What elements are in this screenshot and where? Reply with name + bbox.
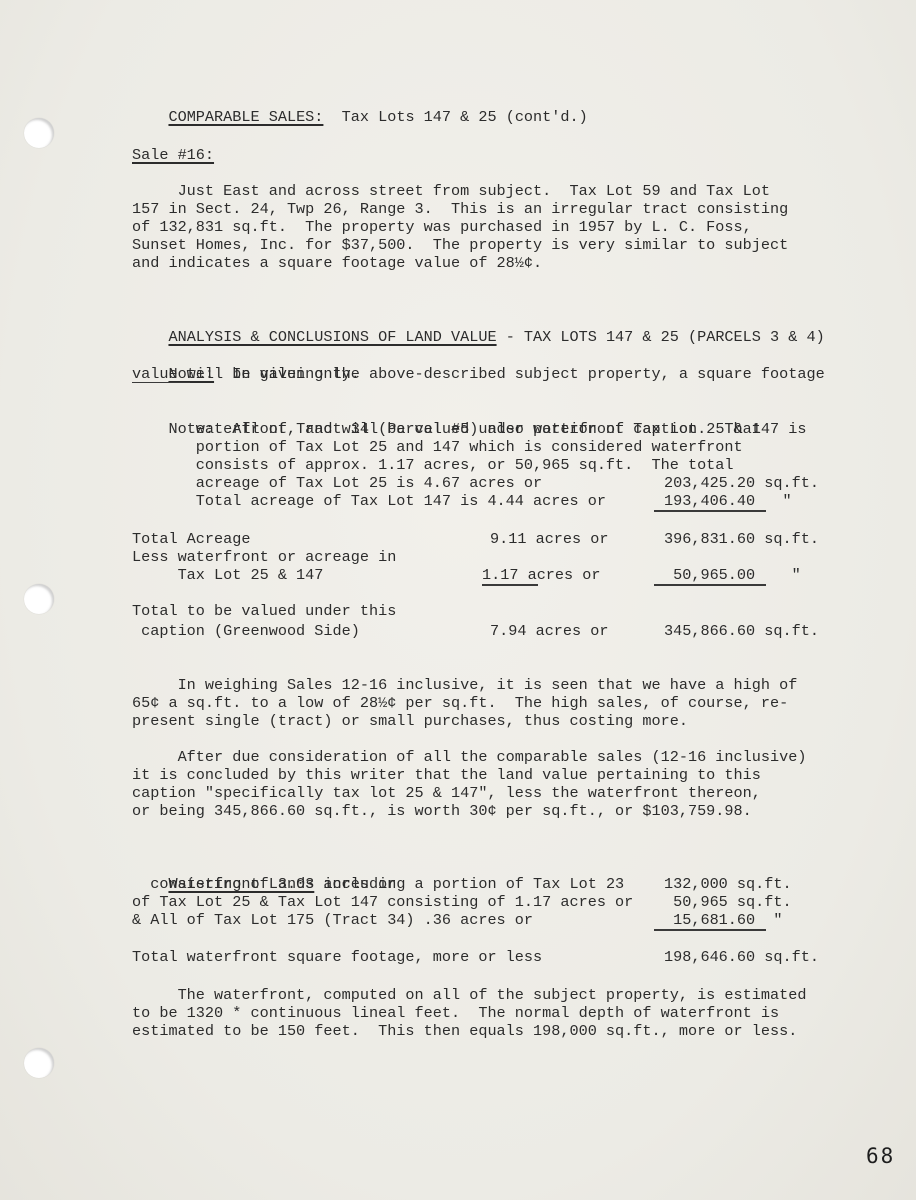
conclusion-line: caption "specifically tax lot 25 & 147",… [132, 784, 761, 802]
waterfront-note-line: The waterfront, computed on all of the s… [132, 986, 806, 1004]
note1-underline [132, 382, 190, 383]
sale16-line: Just East and across street from subject… [132, 182, 770, 200]
waterfront-row-value: 50,965 sq.ft. [664, 893, 792, 911]
acreage-row-label: Less waterfront or acreage in [132, 548, 396, 566]
note2-line: Total acreage of Tax Lot 147 is 4.44 acr… [132, 492, 606, 510]
conclusion-line: or being 345,866.60 sq.ft., is worth 30¢… [132, 802, 752, 820]
acreage-row-acres: 1.17 acres or [482, 566, 601, 584]
acreage-row-sqft: 396,831.60 sq.ft. [664, 530, 819, 548]
weighing-line: present single (tract) or small purchase… [132, 712, 688, 730]
weighing-line: In weighing Sales 12-16 inclusive, it is… [132, 676, 797, 694]
sale16-heading: Sale #16: [132, 146, 214, 164]
weighing-line: 65¢ a sq.ft. to a low of 28½¢ per sq.ft.… [132, 694, 788, 712]
waterfront-note-line: to be 1320 * continuous lineal feet. The… [132, 1004, 779, 1022]
acreage-row-sqft: 345,866.60 sq.ft. [664, 622, 819, 640]
acres-suffix: acres or [526, 622, 608, 640]
acreage-row-label: Total Acreage [132, 530, 250, 548]
acreage-row-label: caption (Greenwood Side) [132, 622, 360, 640]
waterfront-total-value: 198,646.60 sq.ft. [664, 948, 819, 966]
page-number: 68 [866, 1144, 895, 1168]
page-title-underlined: COMPARABLE SALES: [168, 108, 323, 126]
analysis-heading-underlined: ANALYSIS & CONCLUSIONS OF LAND VALUE [168, 328, 496, 346]
note2-line: consists of approx. 1.17 acres, or 50,96… [132, 456, 734, 474]
acres-suffix: acres or [526, 530, 608, 548]
waterfront-total-label: Total waterfront square footage, more or… [132, 948, 542, 966]
waterfront-row-text: of Tax Lot 25 & Tax Lot 147 consisting o… [132, 893, 633, 911]
acres-suffix: acres or [518, 566, 600, 584]
acreage-row-label: Total to be valued under this [132, 602, 396, 620]
sale16-line: Sunset Homes, Inc. for $37,500. The prop… [132, 236, 788, 254]
acres-sum-rule [482, 584, 538, 586]
page-title-rest: Tax Lots 147 & 25 (cont'd.) [323, 108, 587, 126]
waterfront-note-line: estimated to be 150 feet. This then equa… [132, 1022, 797, 1040]
sale16-line: of 132,831 sq.ft. The property was purch… [132, 218, 752, 236]
note2-value: 203,425.20 sq.ft. [664, 474, 819, 492]
acreage-row-acres: 7.94 acres or [490, 622, 609, 640]
acreage-row-label: Tax Lot 25 & 147 [132, 566, 323, 584]
waterfront-row-value: 15,681.60 " [664, 911, 782, 929]
sqft-sum-rule [654, 584, 766, 586]
page-title: COMPARABLE SALES: Tax Lots 147 & 25 (con… [132, 90, 588, 144]
analysis-heading-rest: - TAX LOTS 147 & 25 (PARCELS 3 & 4) [497, 328, 825, 346]
acres-value: 1.17 [482, 566, 518, 584]
note1-line: value will be given only. [132, 365, 360, 383]
acreage-row-sqft: 50,965.00 " [664, 566, 801, 584]
acreage-row-acres: 9.11 acres or [490, 530, 609, 548]
binder-hole-top [24, 118, 54, 148]
waterfront-row-text: & All of Tax Lot 175 (Tract 34) .36 acre… [132, 911, 533, 929]
note2-sum-rule [654, 510, 766, 512]
acres-value: 7.94 [490, 622, 526, 640]
acres-value: 9.11 [490, 530, 526, 548]
waterfront-row-value: 132,000 sq.ft. [664, 875, 792, 893]
document-page: COMPARABLE SALES: Tax Lots 147 & 25 (con… [0, 0, 916, 1200]
note2-line: waterfront, and will be valued under wat… [132, 420, 761, 438]
note2-line: acreage of Tax Lot 25 is 4.67 acres or [132, 474, 542, 492]
conclusion-line: After due consideration of all the compa… [132, 748, 806, 766]
sale16-line: 157 in Sect. 24, Twp 26, Range 3. This i… [132, 200, 788, 218]
note2-line: portion of Tax Lot 25 and 147 which is c… [132, 438, 743, 456]
note2-value: 193,406.40 " [664, 492, 792, 510]
binder-hole-middle [24, 584, 54, 614]
binder-hole-bottom [24, 1048, 54, 1078]
sale16-line: and indicates a square footage value of … [132, 254, 542, 272]
waterfront-sum-rule [654, 929, 766, 931]
waterfront-row-text: consisting of 3.03 acres or [132, 875, 396, 893]
conclusion-line: it is concluded by this writer that the … [132, 766, 761, 784]
